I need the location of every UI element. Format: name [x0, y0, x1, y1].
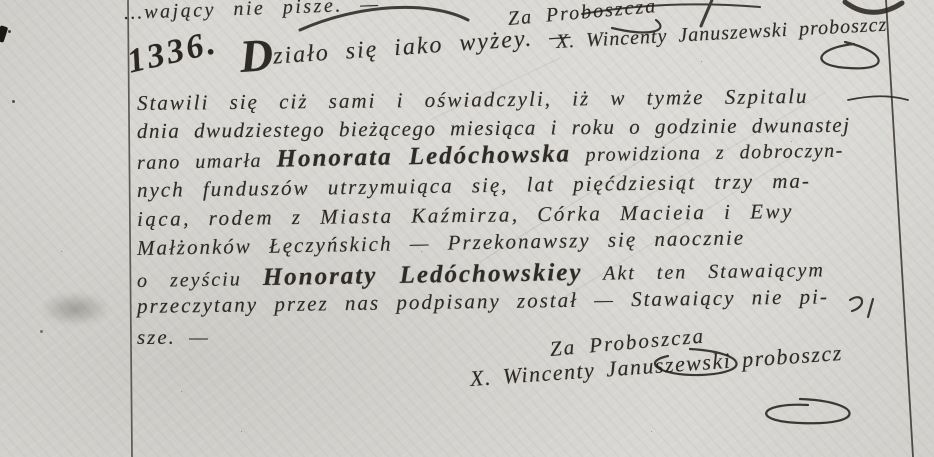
opening-text: ziało się iako wyżey. —	[272, 23, 573, 70]
record-number: 1336.	[124, 24, 222, 81]
scan-edge-mark	[0, 25, 8, 43]
margin-rule-right	[886, 0, 913, 457]
line-text: o zeyściu	[137, 268, 263, 292]
bottom-signature-flourish	[766, 399, 849, 423]
prev-record-fragment: …wający nie pisze. —	[124, 0, 381, 24]
pen-rest-mark	[850, 297, 862, 311]
record-line: nych funduszów utrzymuiąca się, lat pięć…	[137, 170, 811, 203]
pen-rest-tick	[868, 299, 873, 317]
record-line: Małżonków Łęczyńskich — Przekonawszy się…	[137, 226, 745, 260]
record-opening-line: Działo się iako wyżey. —	[239, 23, 573, 73]
record-line: sze. —	[137, 326, 210, 349]
line-text: rano umarła	[137, 150, 277, 174]
record-line: Stawili się ciż sami i oświadczyli, iż w…	[137, 85, 809, 115]
deceased-name-genitive: Honoraty Ledóchowskiey	[263, 259, 583, 291]
top-signature-flourish	[821, 42, 878, 68]
deceased-name: Honorata Ledóchowska	[276, 140, 571, 172]
paper-specks	[8, 30, 11, 33]
ink-smudge	[40, 292, 110, 326]
line-text: Akt ten Stawaiącym	[582, 259, 825, 285]
scanned-register-page: …wający nie pisze. — Za Proboszcza X. Wi…	[0, 0, 934, 457]
opening-initial-letter: D	[238, 29, 275, 82]
line-text: prowidziona z dobroczyn-	[571, 140, 844, 167]
line-tail-over-rule	[848, 96, 908, 100]
